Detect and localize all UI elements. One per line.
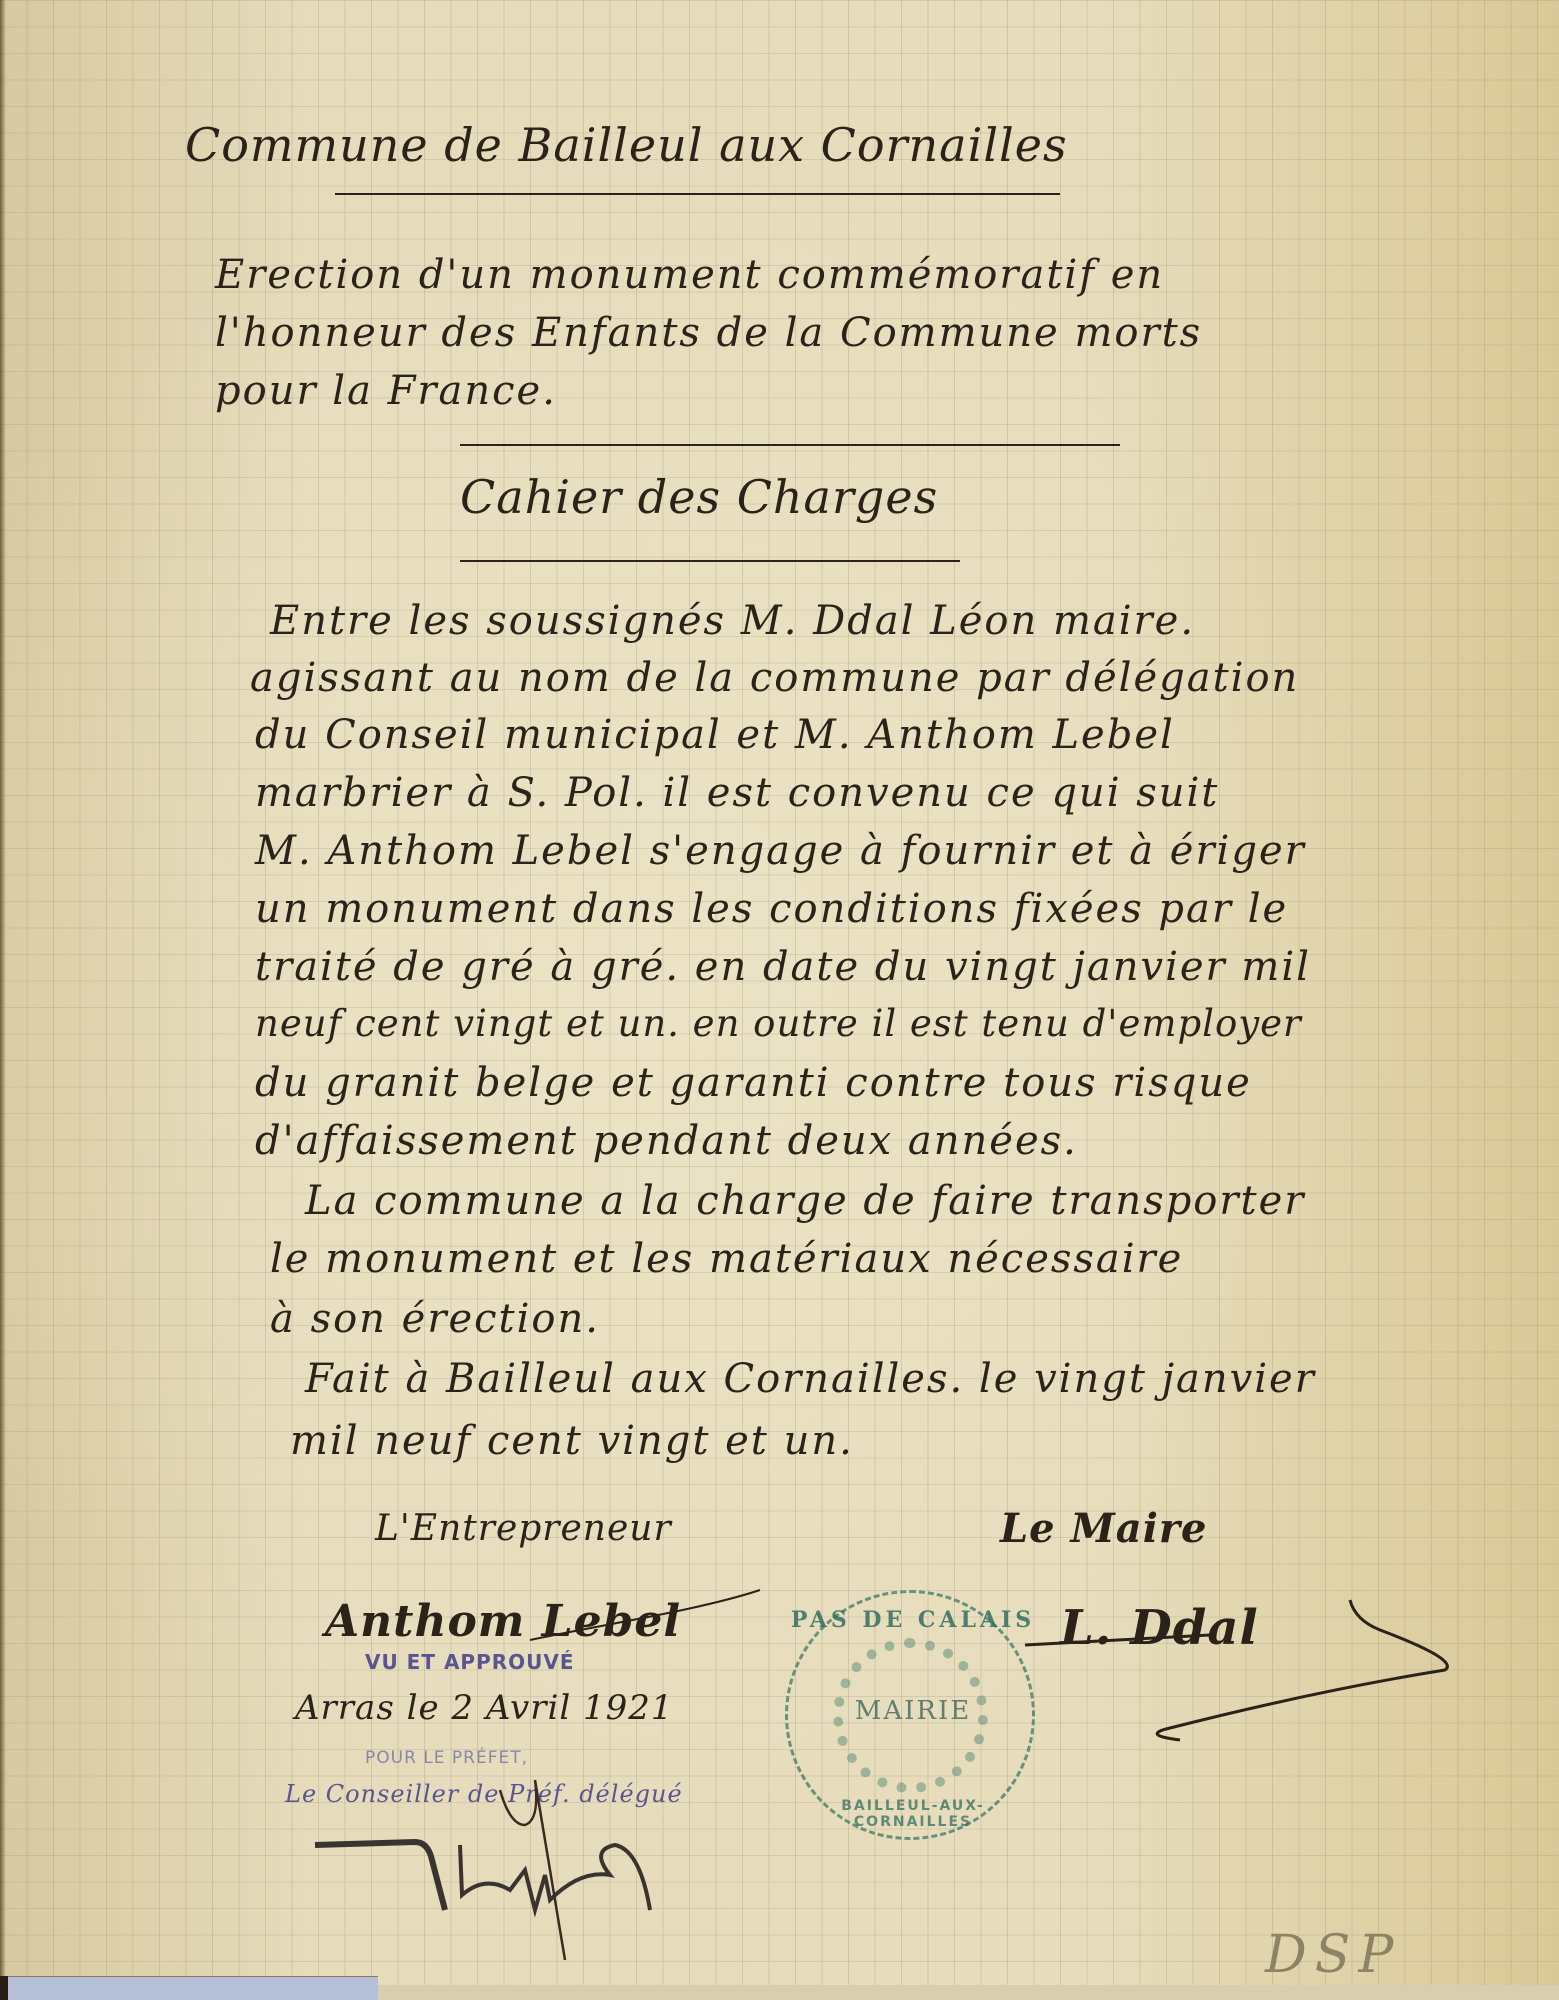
section-rule-bottom bbox=[460, 560, 960, 562]
paper-left-edge bbox=[0, 0, 6, 1985]
body-line-11: La commune a la charge de faire transpor… bbox=[305, 1178, 1305, 1224]
body-line-12: le monument et les matériaux nécessaire bbox=[270, 1236, 1183, 1282]
contractor-signature-flourish bbox=[520, 1570, 770, 1650]
prefecture-signature: T. Luzy bbox=[420, 1830, 431, 1831]
body-line-5: M. Anthom Lebel s'engage à fournir et à … bbox=[255, 828, 1306, 874]
seal-bottom-text: BAILLEUL-AUX-CORNAILLES bbox=[788, 1798, 1038, 1830]
contractor-label: L'Entrepreneur bbox=[375, 1508, 672, 1549]
commune-title: Commune de Bailleul aux Cornailles bbox=[185, 118, 1068, 172]
body-line-13: à son érection. bbox=[270, 1296, 600, 1342]
body-line-4: marbrier à S. Pol. il est convenu ce qui… bbox=[255, 770, 1219, 816]
approval-for-prefect: POUR LE PRÉFET, bbox=[365, 1748, 528, 1768]
prefecture-signature-strokes bbox=[310, 1780, 660, 1970]
body-line-14: Fait à Bailleul aux Cornailles. le vingt… bbox=[305, 1356, 1316, 1402]
seal-top-text: PAS DE CALAIS bbox=[788, 1607, 1038, 1633]
body-line-15: mil neuf cent vingt et un. bbox=[290, 1418, 854, 1464]
approval-heading: VU ET APPROUVÉ bbox=[365, 1650, 575, 1674]
mayor-label: Le Maire bbox=[1000, 1505, 1207, 1552]
mairie-seal: PAS DE CALAIS MAIRIE BAILLEUL-AUX-CORNAI… bbox=[785, 1590, 1035, 1840]
body-line-1: Entre les soussignés M. Ddal Léon maire. bbox=[270, 598, 1195, 644]
body-line-7: traité de gré à gré. en date du vingt ja… bbox=[255, 944, 1311, 990]
backing-corner bbox=[0, 1976, 8, 2000]
body-line-2: agissant au nom de la commune par déléga… bbox=[250, 655, 1299, 701]
subject-line-3: pour la France. bbox=[215, 368, 557, 414]
body-line-3: du Conseil municipal et M. Anthom Lebel bbox=[255, 712, 1175, 758]
archive-mark: DSP bbox=[1265, 1925, 1401, 1985]
section-rule-top bbox=[460, 444, 1120, 446]
mayor-signature-flourish bbox=[1020, 1580, 1460, 1750]
body-line-10: d'affaissement pendant deux années. bbox=[255, 1118, 1078, 1164]
body-line-6: un monument dans les conditions fixées p… bbox=[255, 886, 1288, 932]
subject-line-1: Erection d'un monument commémoratif en bbox=[215, 252, 1164, 298]
seal-center-text: MAIRIE bbox=[788, 1696, 1038, 1726]
subject-line-2: l'honneur des Enfants de la Commune mort… bbox=[215, 310, 1202, 356]
section-title: Cahier des Charges bbox=[460, 470, 938, 524]
approval-place-date: Arras le 2 Avril 1921 bbox=[295, 1688, 674, 1728]
body-line-9: du granit belge et garanti contre tous r… bbox=[255, 1060, 1252, 1106]
body-line-8: neuf cent vingt et un. en outre il est t… bbox=[255, 1002, 1302, 1045]
header-underline bbox=[335, 193, 1060, 195]
backing-strip bbox=[8, 1976, 378, 2000]
